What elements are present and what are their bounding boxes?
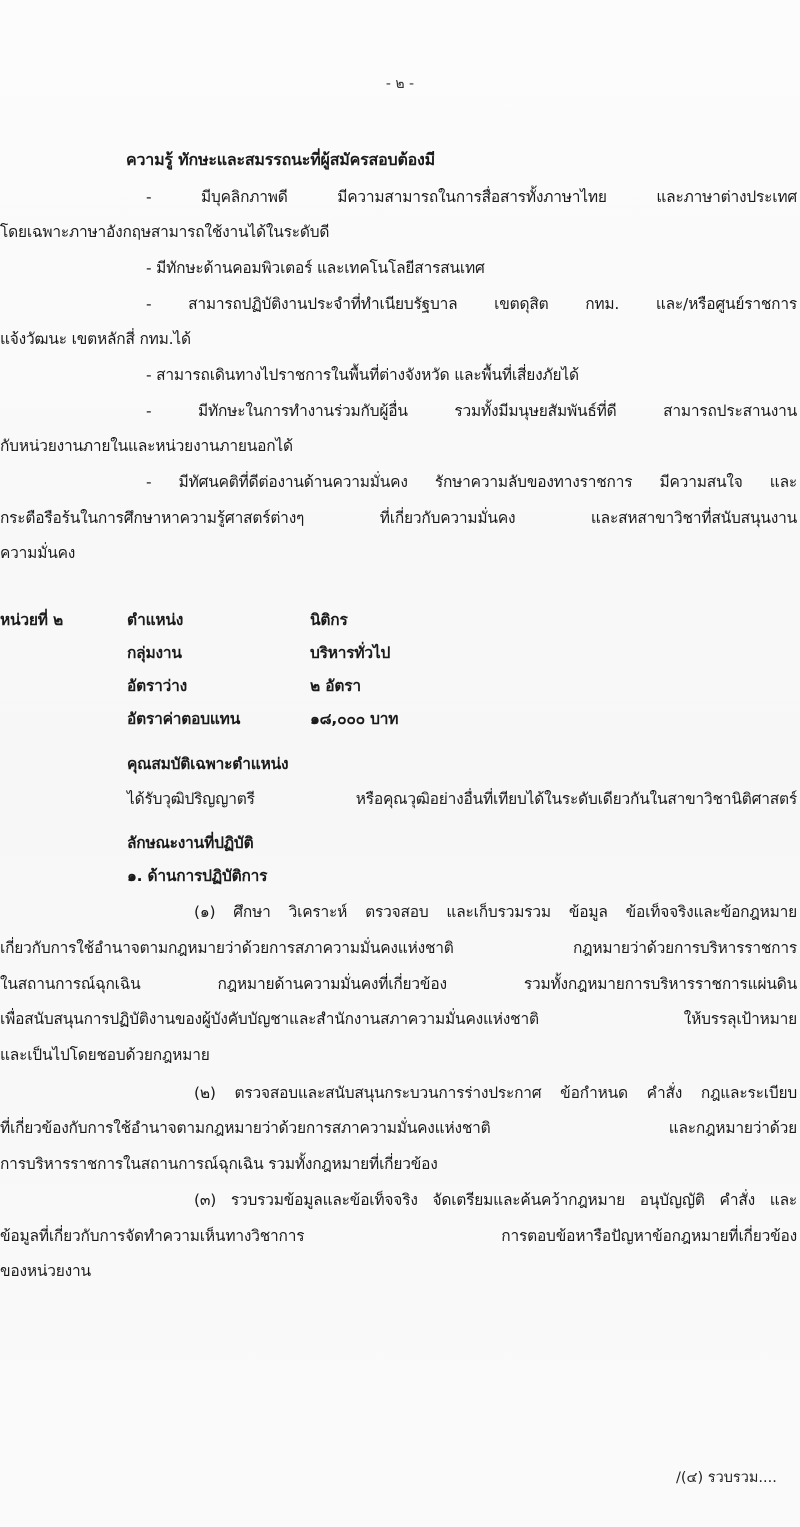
duty-1-line-4: เพื่อสนับสนุนการปฏิบัติงานของผู้บังคับบั… xyxy=(0,1009,797,1029)
skill-item-6-line-3: ความมั่นคง xyxy=(0,543,75,563)
duty-1-line-5: และเป็นไปโดยชอบด้วยกฎหมาย xyxy=(0,1045,210,1065)
qualification-text: ได้รับวุฒิปริญญาตรี หรือคุณวุฒิอย่างอื่น… xyxy=(127,789,797,809)
page-number: - ๒ - xyxy=(0,73,800,95)
duty-2-line-3: การบริหารราชการในสถานการณ์ฉุกเฉิน รวมทั้… xyxy=(0,1154,438,1174)
duty-3-line-1: (๓) รวบรวมข้อมูลและข้อเท็จจริง จัดเตรียม… xyxy=(194,1190,797,1210)
field-value-group: บริหารทั่วไป xyxy=(310,643,390,663)
qualification-heading: คุณสมบัติเฉพาะตำแหน่ง xyxy=(127,754,288,774)
skill-item-5-line-2: กับหน่วยงานภายในและหน่วยงานภายนอกได้ xyxy=(0,436,293,456)
skill-item-1-line-1: - มีบุคลิกภาพดี มีความสามารถในการสื่อสาร… xyxy=(146,187,797,207)
duty-3-line-2: ข้อมูลที่เกี่ยวกับการจัดทำความเห็นทางวิช… xyxy=(0,1226,797,1246)
field-label-salary: อัตราค่าตอบแทน xyxy=(127,709,240,729)
field-label-vacancies: อัตราว่าง xyxy=(127,676,187,696)
skill-item-6-line-2: กระตือรือร้นในการศึกษาหาความรู้ศาสตร์ต่า… xyxy=(0,508,797,528)
field-label-position: ตำแหน่ง xyxy=(127,610,183,630)
duty-1-line-1: (๑) ศึกษา วิเคราะห์ ตรวจสอบ และเก็บรวมรว… xyxy=(194,902,797,922)
skill-item-1-line-2: โดยเฉพาะภาษาอังกฤษสามารถใช้งานได้ในระดับ… xyxy=(0,222,329,242)
duty-1-line-3: ในสถานการณ์ฉุกเฉิน กฎหมายด้านความมั่นคงท… xyxy=(0,974,797,994)
skill-item-3-line-2: แจ้งวัฒนะ เขตหลักสี่ กทม.ได้ xyxy=(0,329,191,349)
duties-section-title: ๑. ด้านการปฏิบัติการ xyxy=(127,866,267,886)
skill-item-4: - สามารถเดินทางไปราชการในพื้นที่ต่างจังห… xyxy=(146,365,579,385)
skill-item-2: - มีทักษะด้านคอมพิวเตอร์ และเทคโนโลยีสาร… xyxy=(146,258,485,278)
skills-heading: ความรู้ ทักษะและสมรรถนะที่ผู้สมัครสอบต้อ… xyxy=(126,150,435,170)
duty-2-line-1: (๒) ตรวจสอบและสนับสนุนกระบวนการร่างประกา… xyxy=(194,1083,797,1103)
field-value-salary: ๑๘,๐๐๐ บาท xyxy=(310,709,398,729)
duty-3-line-3: ของหน่วยงาน xyxy=(0,1261,91,1281)
continuation-note: /(๔) รวบรวม.... xyxy=(676,1466,777,1489)
field-value-vacancies: ๒ อัตรา xyxy=(310,676,361,696)
duties-heading: ลักษณะงานที่ปฏิบัติ xyxy=(127,833,253,853)
skill-item-3-line-1: - สามารถปฏิบัติงานประจำที่ทำเนียบรัฐบาล … xyxy=(146,294,797,314)
duty-1-line-2: เกี่ยวกับการใช้อำนาจตามกฎหมายว่าด้วยการส… xyxy=(0,938,797,958)
unit-label: หน่วยที่ ๒ xyxy=(0,610,63,630)
skill-item-6-line-1: - มีทัศนคติที่ดีต่องานด้านความมั่นคง รัก… xyxy=(146,472,797,492)
field-value-position: นิติกร xyxy=(310,610,348,630)
duty-2-line-2: ที่เกี่ยวข้องกับการใช้อำนาจตามกฎหมายว่าด… xyxy=(0,1118,797,1138)
field-label-group: กลุ่มงาน xyxy=(127,643,182,663)
skill-item-5-line-1: - มีทักษะในการทำงานร่วมกับผู้อื่น รวมทั้… xyxy=(146,401,797,421)
